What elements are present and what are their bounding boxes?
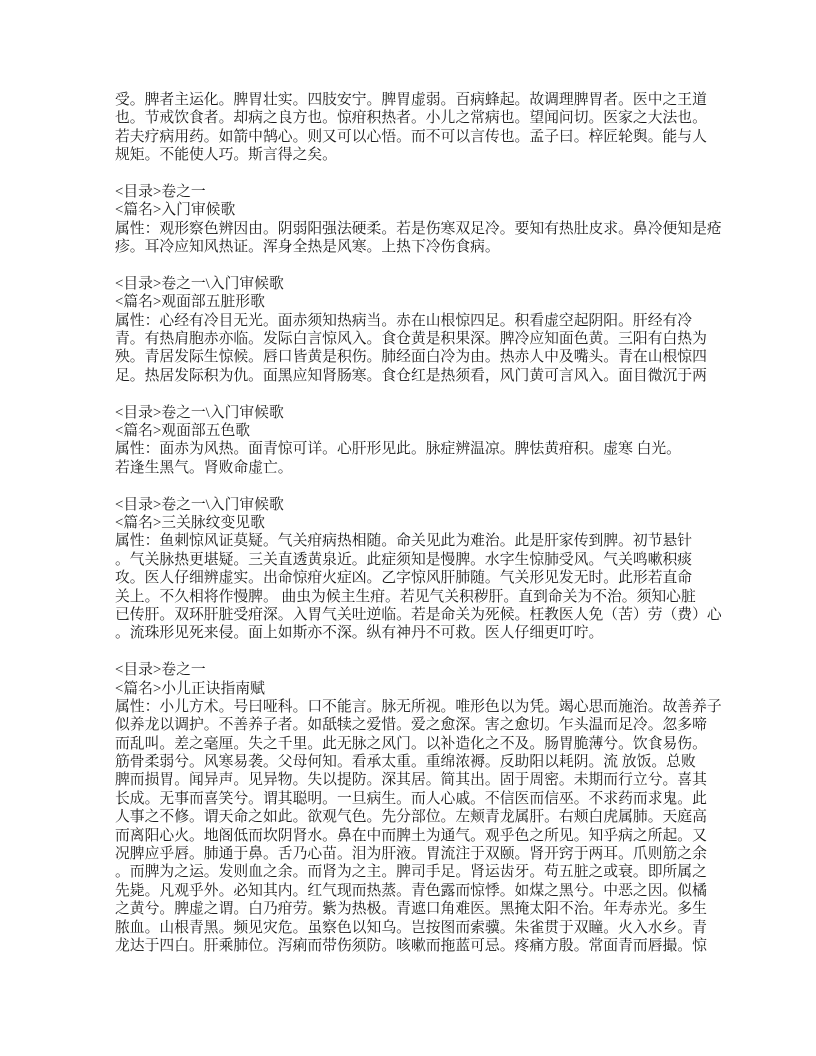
text-line: 况脾应乎唇。肺通于鼻。舌乃心苗。泪为肝液。胃流注于双颐。肾开窍于两耳。爪则筋之余 <box>115 845 715 863</box>
text-line: 青。有热肩胞赤亦临。发际白言惊风入。食仓黄是积果深。脾冷应知面色黄。三阳有白热为 <box>115 330 715 348</box>
section-1: <目录>卷之一\入门审候歌<篇名>观面部五脏形歌属性：心经有冷目无光。面赤须知热… <box>115 275 715 385</box>
text-line: 长成。无事而喜笑兮。谓其聪明。一旦病生。而人心戚。不信医而信巫。不求药而求鬼。此 <box>115 790 715 808</box>
document-content: 受。脾者主运化。脾胃壮实。四肢安宁。脾胃虚弱。百病蜂起。故调理脾胃者。医中之王道… <box>115 91 715 955</box>
text-line: 龙达于四白。肝乘肺位。泻痢而带伤须防。咳嗽而拖蓝可忌。疼痛方殷。常面青而唇撮。惊 <box>115 937 715 955</box>
text-line: 殃。青居发际生惊候。唇口皆黄是积伤。肺经面白冷为由。热赤人中及嘴头。青在山根惊四 <box>115 348 715 366</box>
section-toc-label: <目录>卷之一\入门审候歌 <box>115 275 715 293</box>
section-title-label: <篇名>小儿正诀指南赋 <box>115 680 715 698</box>
section-2: <目录>卷之一\入门审候歌<篇名>观面部五色歌属性：面赤为风热。面青惊可详。心肝… <box>115 404 715 478</box>
text-line: 脓血。山根青黑。频见灾危。虽察色以知乌。岂按图而索骥。朱雀贯于双瞳。火入水乡。青 <box>115 919 715 937</box>
section-toc-label: <目录>卷之一\入门审候歌 <box>115 404 715 422</box>
section-0: <目录>卷之一<篇名>入门审候歌属性：观形察色辨因由。阴弱阳强法硬柔。若是伤寒双… <box>115 183 715 257</box>
section-toc-label: <目录>卷之一 <box>115 661 715 679</box>
text-line: 而离阳心火。地阁低而坎阴肾水。鼻在中而脾土为通气。观乎色之所见。知乎病之所起。又 <box>115 827 715 845</box>
text-line: 足。热居发际积为仇。面黑应知肾肠寒。食仓红是热须看，风门黄可言风入。面目微沉于两 <box>115 367 715 385</box>
text-line: 疹。耳冷应知风热证。浑身全热是风寒。上热下冷伤食病。 <box>115 238 715 256</box>
section-toc-label: <目录>卷之一\入门审候歌 <box>115 496 715 514</box>
text-line: 攻。医人仔细辨虚实。出命惊疳火症凶。乙字惊风肝肺随。气关形见发无时。此形若直命 <box>115 569 715 587</box>
text-line: 先毙。凡观乎外。必知其内。红气现而热蒸。青色露而惊悸。如煤之黑兮。中恶之因。似橘 <box>115 882 715 900</box>
text-line: 属性：鱼刺惊风证莫疑。气关疳病热相随。命关见此为难治。此是肝家传到脾。初节悬针 <box>115 532 715 550</box>
text-line: 人事之不修。谓天命之如此。欲观气色。先分部位。左颊青龙属肝。右颊白虎属肺。天庭高 <box>115 808 715 826</box>
text-line: 关上。不久相将作慢脾。 曲虫为候主生疳。若见气关积秽肝。直到命关为不治。须知心脏 <box>115 588 715 606</box>
text-line: 若夫疗病用药。如箭中鹄心。则又可以心悟。而不可以言传也。孟子曰。梓匠轮舆。能与人 <box>115 128 715 146</box>
text-line: 受。脾者主运化。脾胃壮实。四肢安宁。脾胃虚弱。百病蜂起。故调理脾胃者。医中之王道 <box>115 91 715 109</box>
text-line: 若逢生黑气。肾败命虚亡。 <box>115 459 715 477</box>
text-line: 似养龙以调护。不善养子者。如舐犊之爱惜。爱之愈深。害之愈切。乍头温而足冷。忽多啼 <box>115 716 715 734</box>
text-line: 。而脾为之运。发则血之余。而肾为之主。脾司手足。肾运齿牙。苟五脏之或衰。即所属之 <box>115 863 715 881</box>
text-line: 规矩。不能使人巧。斯言得之矣。 <box>115 146 715 164</box>
section-title-label: <篇名>观面部五色歌 <box>115 422 715 440</box>
document-page: 受。脾者主运化。脾胃壮实。四肢安宁。脾胃虚弱。百病蜂起。故调理脾胃者。医中之王道… <box>0 0 816 1056</box>
text-line: 属性：观形察色辨因由。阴弱阳强法硬柔。若是伤寒双足冷。要知有热肚皮求。鼻冷便知是… <box>115 220 715 238</box>
section-title-label: <篇名>三关脉纹变见歌 <box>115 514 715 532</box>
text-line: 脾而损胃。闻异声。见异物。失以提防。深其居。简其出。固于周密。未期而行立兮。喜其 <box>115 771 715 789</box>
section-toc-label: <目录>卷之一 <box>115 183 715 201</box>
text-line: 。流珠形见死来侵。面上如斯亦不深。纵有神丹不可救。医人仔细更叮咛。 <box>115 624 715 642</box>
section-4: <目录>卷之一<篇名>小儿正诀指南赋属性：小儿方术。号曰哑科。口不能言。脉无所视… <box>115 661 715 955</box>
text-line: 也。节戒饮食者。却病之良方也。惊疳积热者。小儿之常病也。望闻问切。医家之大法也。 <box>115 109 715 127</box>
text-line: 属性：心经有冷目无光。面赤须知热病当。赤在山根惊四足。积看虚空起阴阳。肝经有冷 <box>115 312 715 330</box>
text-line: 属性：小儿方术。号曰哑科。口不能言。脉无所视。唯形色以为凭。竭心思而施治。故善养… <box>115 698 715 716</box>
text-line: 。气关脉热更堪疑。三关直透黄泉近。此症须知是慢脾。水字生惊肺受风。气关鸣嗽积痰 <box>115 551 715 569</box>
section-title-label: <篇名>观面部五脏形歌 <box>115 293 715 311</box>
text-line: 而乱叫。差之毫厘。失之千里。此无脉之风门。以补造化之不及。肠胃脆薄兮。饮食易伤。 <box>115 735 715 753</box>
section-3: <目录>卷之一\入门审候歌<篇名>三关脉纹变见歌属性：鱼刺惊风证莫疑。气关疳病热… <box>115 496 715 643</box>
text-line: 筋骨柔弱兮。风寒易袭。父母何知。看承太重。重绵浓褥。反助阳以耗阴。流 放饭。总败 <box>115 753 715 771</box>
text-line: 之黄兮。脾虚之谓。白乃疳劳。紫为热极。青遮口角难医。黑掩太阳不治。年寿赤光。多生 <box>115 900 715 918</box>
text-line: 属性：面赤为风热。面青惊可详。心肝形见此。脉症辨温凉。脾怯黄疳积。虚寒 白光。 <box>115 440 715 458</box>
section-title-label: <篇名>入门审候歌 <box>115 201 715 219</box>
text-line: 已传肝。双环肝脏受疳深。入胃气关吐逆临。若是命关为死候。枉教医人免（苦）劳（费）… <box>115 606 715 624</box>
intro-paragraph: 受。脾者主运化。脾胃壮实。四肢安宁。脾胃虚弱。百病蜂起。故调理脾胃者。医中之王道… <box>115 91 715 165</box>
